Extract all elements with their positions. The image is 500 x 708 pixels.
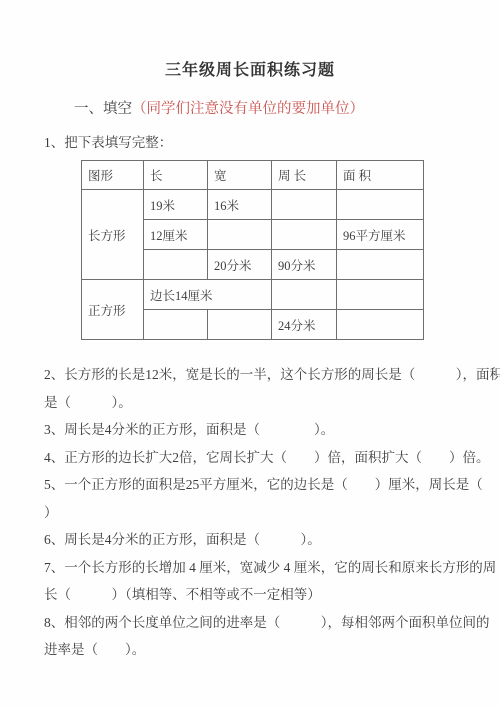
header-cell-area: 面 积 [337, 161, 424, 190]
shape-cell-rectangle: 长方形 [82, 190, 144, 280]
header-cell-width: 宽 [208, 161, 272, 190]
table-cell-blank [144, 250, 208, 280]
worksheet-page: 三年级周长面积练习题 一、填空（同学们注意没有单位的要加单位） 1、把下表填写完… [0, 0, 500, 708]
table-cell-blank [144, 310, 208, 340]
table-cell-blank [337, 190, 424, 220]
question-5-line-1: 5、一个正方形的面积是25平方厘米，它的边长是（ ）厘米，周长是（ [44, 471, 500, 499]
question-2-line-2: 是（ ）。 [44, 389, 500, 417]
table-row: 长方形 19米 16米 [82, 190, 424, 220]
table-cell-side-length: 边长14厘米 [144, 280, 272, 310]
table-cell-blank [337, 310, 424, 340]
section-heading-label: 一、填空 [74, 101, 132, 117]
table-cell: 12厘米 [144, 220, 208, 250]
question-1: 1、把下表填写完整： [44, 131, 500, 151]
table-cell-blank [272, 220, 337, 250]
section-heading-red-note: （同学们注意没有单位的要加单位） [132, 101, 364, 117]
question-8-line-1: 8、相邻的两个长度单位之间的进率是（ ），每相邻两个面积单位间的 [44, 609, 500, 637]
header-cell-perimeter: 周 长 [272, 161, 337, 190]
table-cell: 20分米 [208, 250, 272, 280]
question-3: 3、周长是4分米的正方形，面积是（ ）。 [44, 416, 500, 444]
header-cell-length: 长 [144, 161, 208, 190]
question-2-line-1: 2、长方形的长是12米，宽是长的一半，这个长方形的周长是（ ），面积 [44, 361, 500, 389]
table-cell-blank [208, 220, 272, 250]
shape-cell-square: 正方形 [82, 280, 144, 340]
question-8-line-2: 进率是（ ）。 [44, 636, 500, 664]
fill-in-table: 图形 长 宽 周 长 面 积 长方形 19米 16米 12厘米 96平方厘米 [81, 160, 424, 340]
table-cell-blank [208, 310, 272, 340]
table-cell: 96平方厘米 [337, 220, 424, 250]
table-row: 正方形 边长14厘米 [82, 280, 424, 310]
table-cell-blank [337, 250, 424, 280]
question-5-line-2: ） [44, 499, 500, 527]
table-cell-blank [272, 190, 337, 220]
questions-block: 2、长方形的长是12米，宽是长的一半，这个长方形的周长是（ ），面积 是（ ）。… [44, 361, 500, 664]
table-cell: 24分米 [272, 310, 337, 340]
question-4: 4、正方形的边长扩大2倍，它周长扩大（ ）倍，面积扩大（ ）倍。 [44, 444, 500, 472]
header-cell-shape: 图形 [82, 161, 144, 190]
table-cell-blank [272, 280, 337, 310]
page-title: 三年级周长面积练习题 [0, 0, 500, 80]
question-6: 6、周长是4分米的正方形，面积是（ ）。 [44, 526, 500, 554]
table-header-row: 图形 长 宽 周 长 面 积 [82, 161, 424, 190]
table-cell: 16米 [208, 190, 272, 220]
question-7-line-2: 长（ ）（填相等、不相等或不一定相等） [44, 581, 500, 609]
question-7-line-1: 7、一个长方形的长增加 4 厘米，宽减少 4 厘米，它的周长和原来长方形的周 [44, 554, 500, 582]
table-cell: 90分米 [272, 250, 337, 280]
table-cell-blank [337, 280, 424, 310]
table-cell: 19米 [144, 190, 208, 220]
section-heading: 一、填空（同学们注意没有单位的要加单位） [74, 97, 500, 118]
